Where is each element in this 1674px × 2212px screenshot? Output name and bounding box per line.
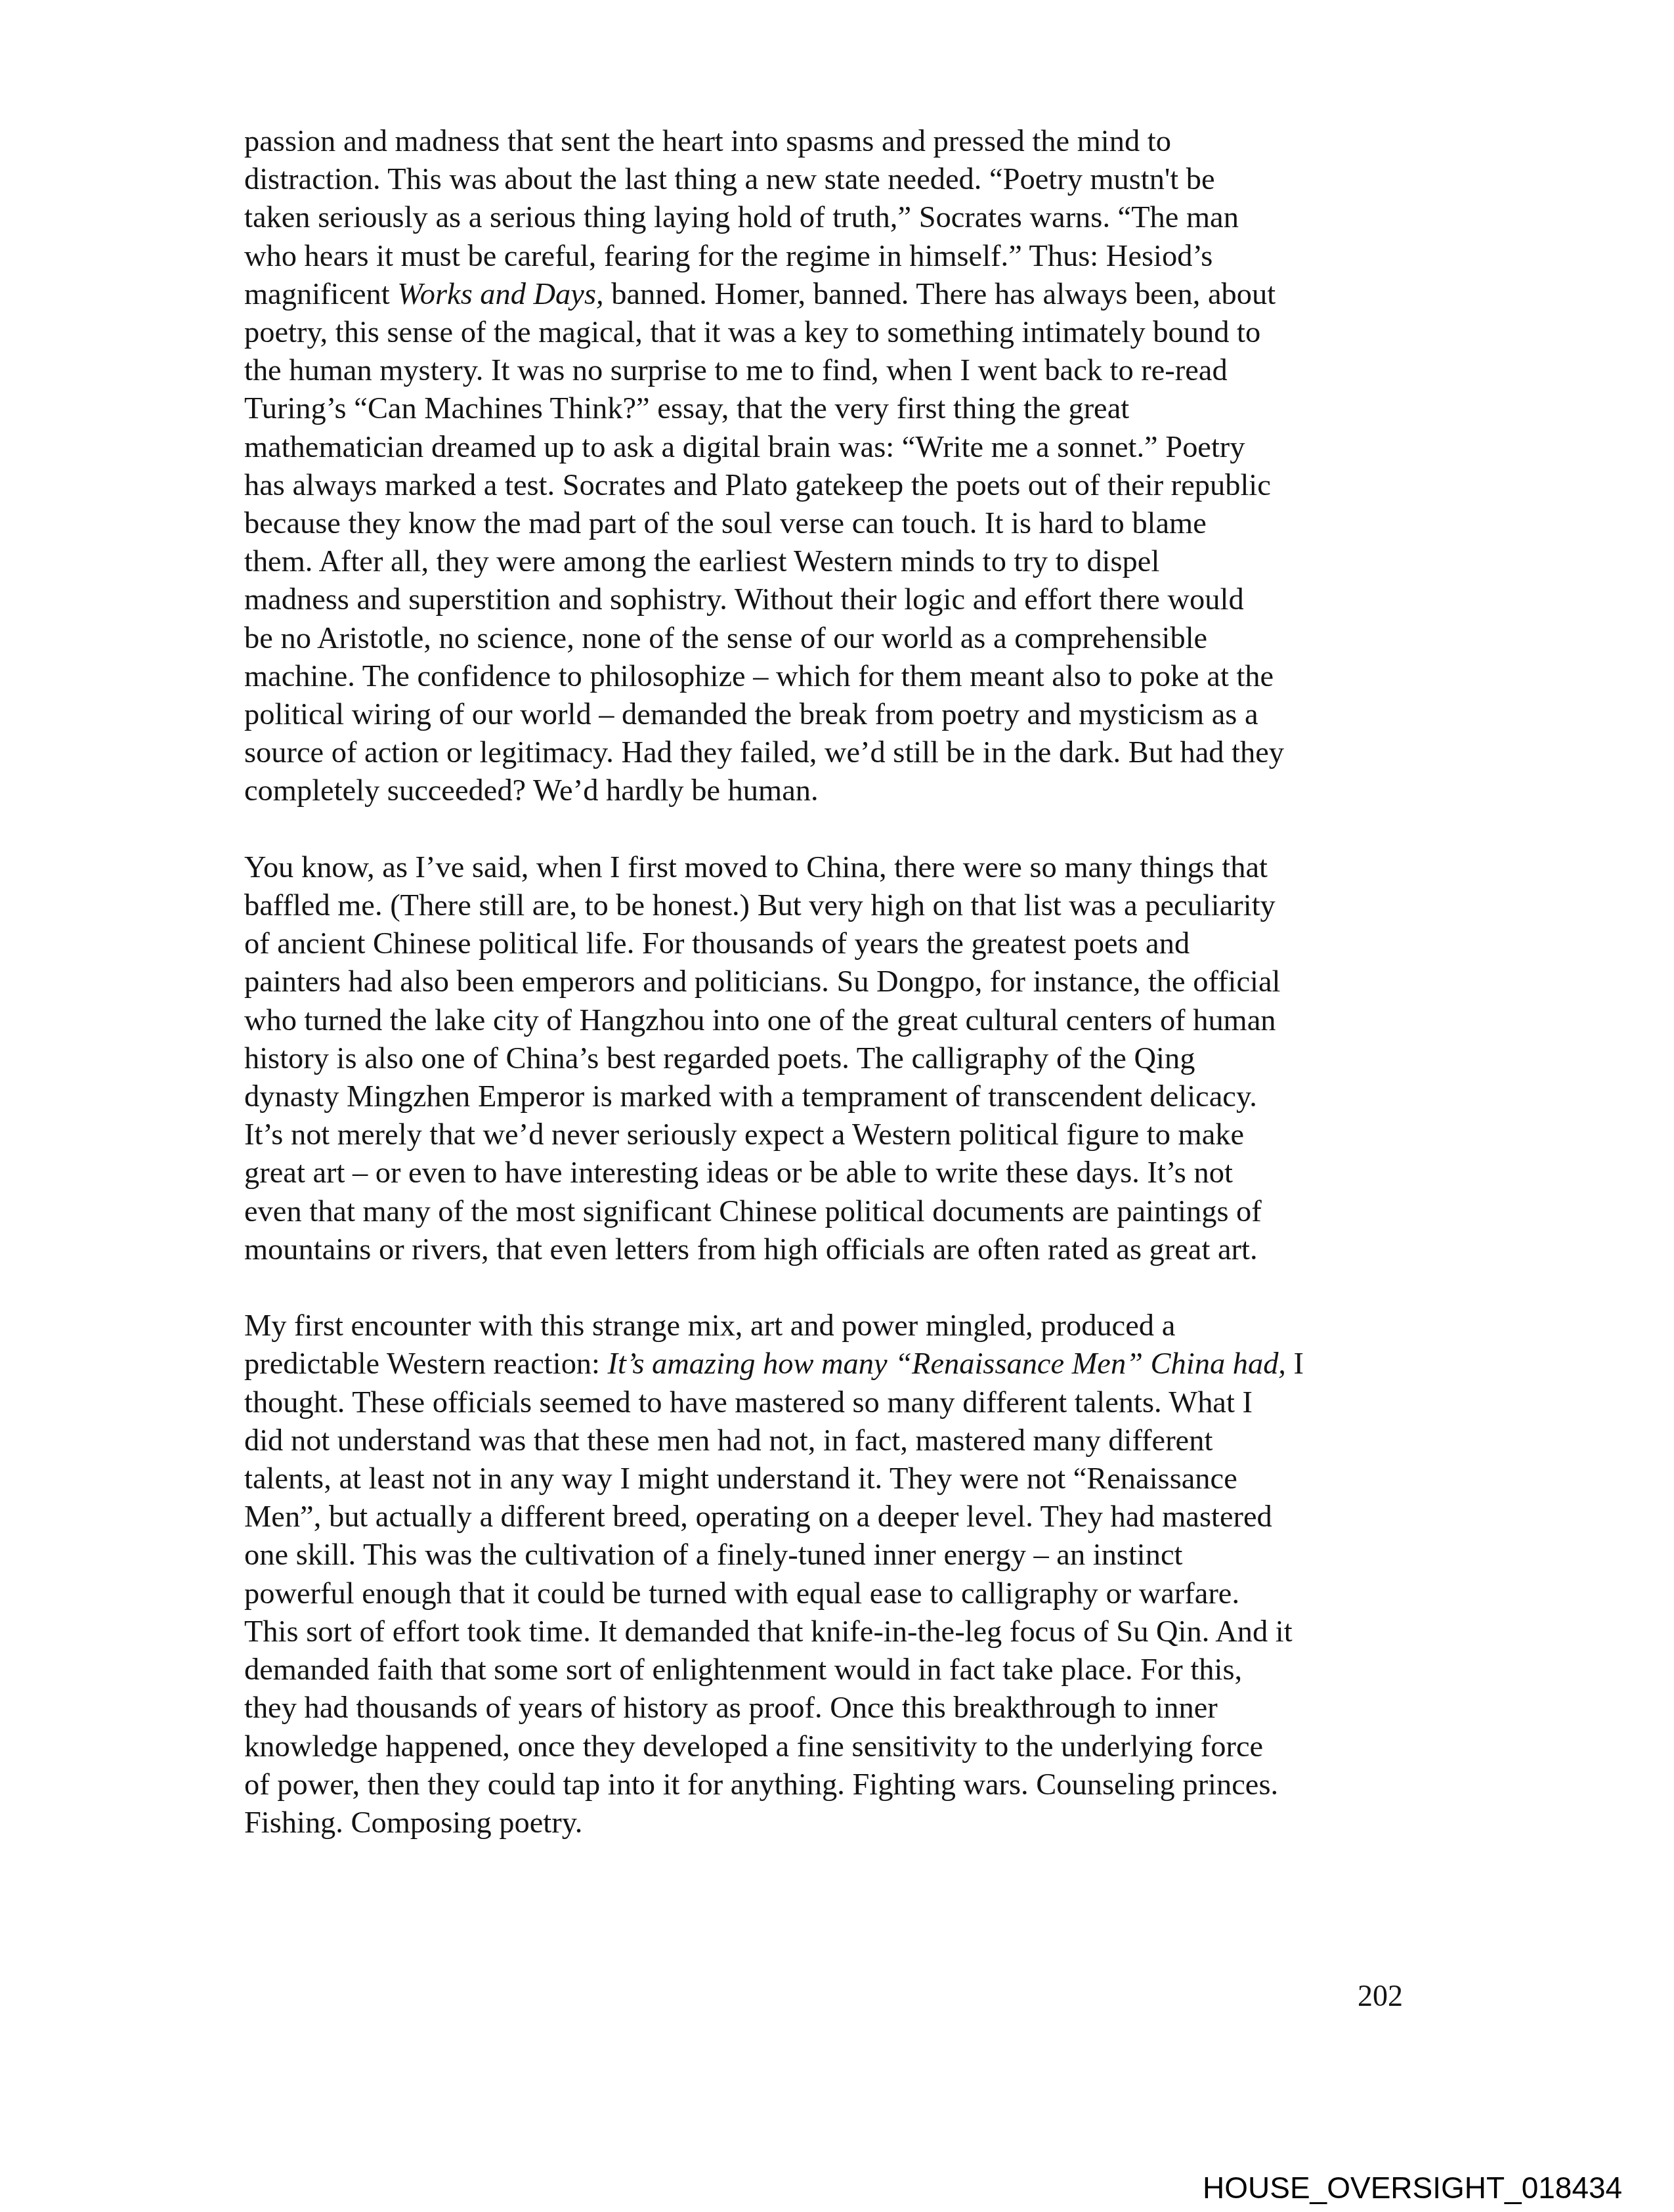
text-line: them. After all, they were among the ear…	[244, 542, 1411, 580]
text-run: history is also one of China’s best rega…	[244, 1041, 1195, 1075]
text-run: source of action or legitimacy. Had they…	[244, 735, 1284, 770]
text-line: did not understand was that these men ha…	[244, 1421, 1411, 1460]
bates-stamp: HOUSE_OVERSIGHT_018434	[1203, 2171, 1622, 2205]
text-line: political wiring of our world – demanded…	[244, 695, 1411, 733]
text-run: passion and madness that sent the heart …	[244, 124, 1171, 158]
text-line: predictable Western reaction: It’s amazi…	[244, 1345, 1411, 1383]
text-line: of power, then they could tap into it fo…	[244, 1766, 1411, 1804]
text-run: completely succeeded? We’d hardly be hum…	[244, 773, 819, 808]
text-run: powerful enough that it could be turned …	[244, 1576, 1239, 1611]
text-line: completely succeeded? We’d hardly be hum…	[244, 771, 1411, 810]
text-run: mathematician dreamed up to ask a digita…	[244, 430, 1245, 464]
text-run: banned. Homer, banned. There has always …	[604, 277, 1276, 311]
text-run: has always marked a test. Socrates and P…	[244, 468, 1271, 502]
body-text: passion and madness that sent the heart …	[244, 122, 1426, 1880]
text-line: knowledge happened, once they developed …	[244, 1727, 1411, 1766]
text-line: demanded faith that some sort of enlight…	[244, 1651, 1411, 1689]
text-run: machine. The confidence to philosophize …	[244, 659, 1274, 693]
text-line: Men”, but actually a different breed, op…	[244, 1498, 1411, 1536]
text-run: poetry, this sense of the magical, that …	[244, 315, 1260, 349]
text-line: painters had also been emperors and poli…	[244, 963, 1411, 1001]
text-run: dynasty Mingzhen Emperor is marked with …	[244, 1079, 1257, 1114]
text-run: who turned the lake city of Hangzhou int…	[244, 1003, 1276, 1037]
text-line: dynasty Mingzhen Emperor is marked with …	[244, 1077, 1411, 1116]
text-run: I	[1286, 1347, 1304, 1381]
text-run: thought. These officials seemed to have …	[244, 1385, 1253, 1420]
italic-text: It’s amazing how many “Renaissance Men” …	[608, 1347, 1286, 1381]
text-line: the human mystery. It was no surprise to…	[244, 351, 1411, 389]
text-run: distraction. This was about the last thi…	[244, 162, 1215, 196]
text-run: great art – or even to have interesting …	[244, 1156, 1233, 1190]
text-line: Fishing. Composing poetry.	[244, 1804, 1411, 1842]
text-run: Turing’s “Can Machines Think?” essay, th…	[244, 391, 1129, 425]
text-line: mathematician dreamed up to ask a digita…	[244, 428, 1411, 466]
text-run: It’s not merely that we’d never seriousl…	[244, 1117, 1244, 1152]
text-line: machine. The confidence to philosophize …	[244, 657, 1411, 695]
text-line: powerful enough that it could be turned …	[244, 1574, 1411, 1613]
text-line: passion and madness that sent the heart …	[244, 122, 1411, 160]
text-line: great art – or even to have interesting …	[244, 1154, 1411, 1192]
text-run: You know, as I’ve said, when I first mov…	[244, 850, 1268, 884]
text-run: taken seriously as a serious thing layin…	[244, 200, 1239, 234]
text-run: magnificent	[244, 277, 397, 311]
text-run: they had thousands of years of history a…	[244, 1691, 1218, 1725]
text-line: It’s not merely that we’d never seriousl…	[244, 1116, 1411, 1154]
text-run: predictable Western reaction:	[244, 1347, 608, 1381]
page-number: 202	[1358, 1978, 1403, 2014]
text-run: even that many of the most significant C…	[244, 1194, 1262, 1228]
text-line: who hears it must be careful, fearing fo…	[244, 237, 1411, 275]
text-line: This sort of effort took time. It demand…	[244, 1613, 1411, 1651]
document-page: passion and madness that sent the heart …	[0, 0, 1674, 2212]
text-line: they had thousands of years of history a…	[244, 1689, 1411, 1727]
text-run: of ancient Chinese political life. For t…	[244, 926, 1190, 961]
text-run: of power, then they could tap into it fo…	[244, 1767, 1278, 1802]
text-line: has always marked a test. Socrates and P…	[244, 466, 1411, 504]
paragraph: You know, as I’ve said, when I first mov…	[244, 848, 1426, 1269]
text-line: source of action or legitimacy. Had they…	[244, 733, 1411, 771]
text-line: You know, as I’ve said, when I first mov…	[244, 848, 1411, 886]
italic-text: Works and Days,	[397, 277, 603, 311]
text-line: mountains or rivers, that even letters f…	[244, 1230, 1411, 1269]
text-line: one skill. This was the cultivation of a…	[244, 1536, 1411, 1574]
text-run: talents, at least not in any way I might…	[244, 1462, 1237, 1496]
text-line: thought. These officials seemed to have …	[244, 1383, 1411, 1421]
text-run: them. After all, they were among the ear…	[244, 544, 1159, 578]
text-line: poetry, this sense of the magical, that …	[244, 313, 1411, 351]
text-run: be no Aristotle, no science, none of the…	[244, 621, 1207, 655]
text-line: My first encounter with this strange mix…	[244, 1307, 1411, 1345]
text-line: talents, at least not in any way I might…	[244, 1460, 1411, 1498]
text-run: one skill. This was the cultivation of a…	[244, 1538, 1182, 1572]
text-run: mountains or rivers, that even letters f…	[244, 1232, 1258, 1267]
text-line: be no Aristotle, no science, none of the…	[244, 619, 1411, 657]
text-line: baffled me. (There still are, to be hone…	[244, 886, 1411, 924]
text-line: taken seriously as a serious thing layin…	[244, 198, 1411, 236]
text-run: madness and superstition and sophistry. …	[244, 582, 1244, 617]
text-line: who turned the lake city of Hangzhou int…	[244, 1001, 1411, 1039]
text-line: history is also one of China’s best rega…	[244, 1039, 1411, 1077]
text-line: even that many of the most significant C…	[244, 1192, 1411, 1230]
text-run: who hears it must be careful, fearing fo…	[244, 239, 1213, 273]
text-run: demanded faith that some sort of enlight…	[244, 1653, 1242, 1687]
text-run: Men”, but actually a different breed, op…	[244, 1500, 1272, 1534]
text-run: This sort of effort took time. It demand…	[244, 1615, 1293, 1649]
text-run: painters had also been emperors and poli…	[244, 965, 1281, 999]
text-line: because they know the mad part of the so…	[244, 504, 1411, 542]
text-line: distraction. This was about the last thi…	[244, 160, 1411, 198]
text-run: baffled me. (There still are, to be hone…	[244, 888, 1276, 922]
text-line: magnificent Works and Days, banned. Home…	[244, 275, 1411, 313]
text-run: My first encounter with this strange mix…	[244, 1309, 1175, 1343]
text-line: of ancient Chinese political life. For t…	[244, 924, 1411, 963]
text-run: did not understand was that these men ha…	[244, 1423, 1213, 1458]
paragraph: passion and madness that sent the heart …	[244, 122, 1426, 810]
text-line: Turing’s “Can Machines Think?” essay, th…	[244, 389, 1411, 427]
text-run: knowledge happened, once they developed …	[244, 1729, 1263, 1764]
text-run: political wiring of our world – demanded…	[244, 697, 1258, 731]
paragraph: My first encounter with this strange mix…	[244, 1307, 1426, 1842]
text-run: Fishing. Composing poetry.	[244, 1806, 582, 1840]
text-run: because they know the mad part of the so…	[244, 506, 1207, 540]
text-run: the human mystery. It was no surprise to…	[244, 353, 1228, 387]
text-line: madness and superstition and sophistry. …	[244, 580, 1411, 618]
